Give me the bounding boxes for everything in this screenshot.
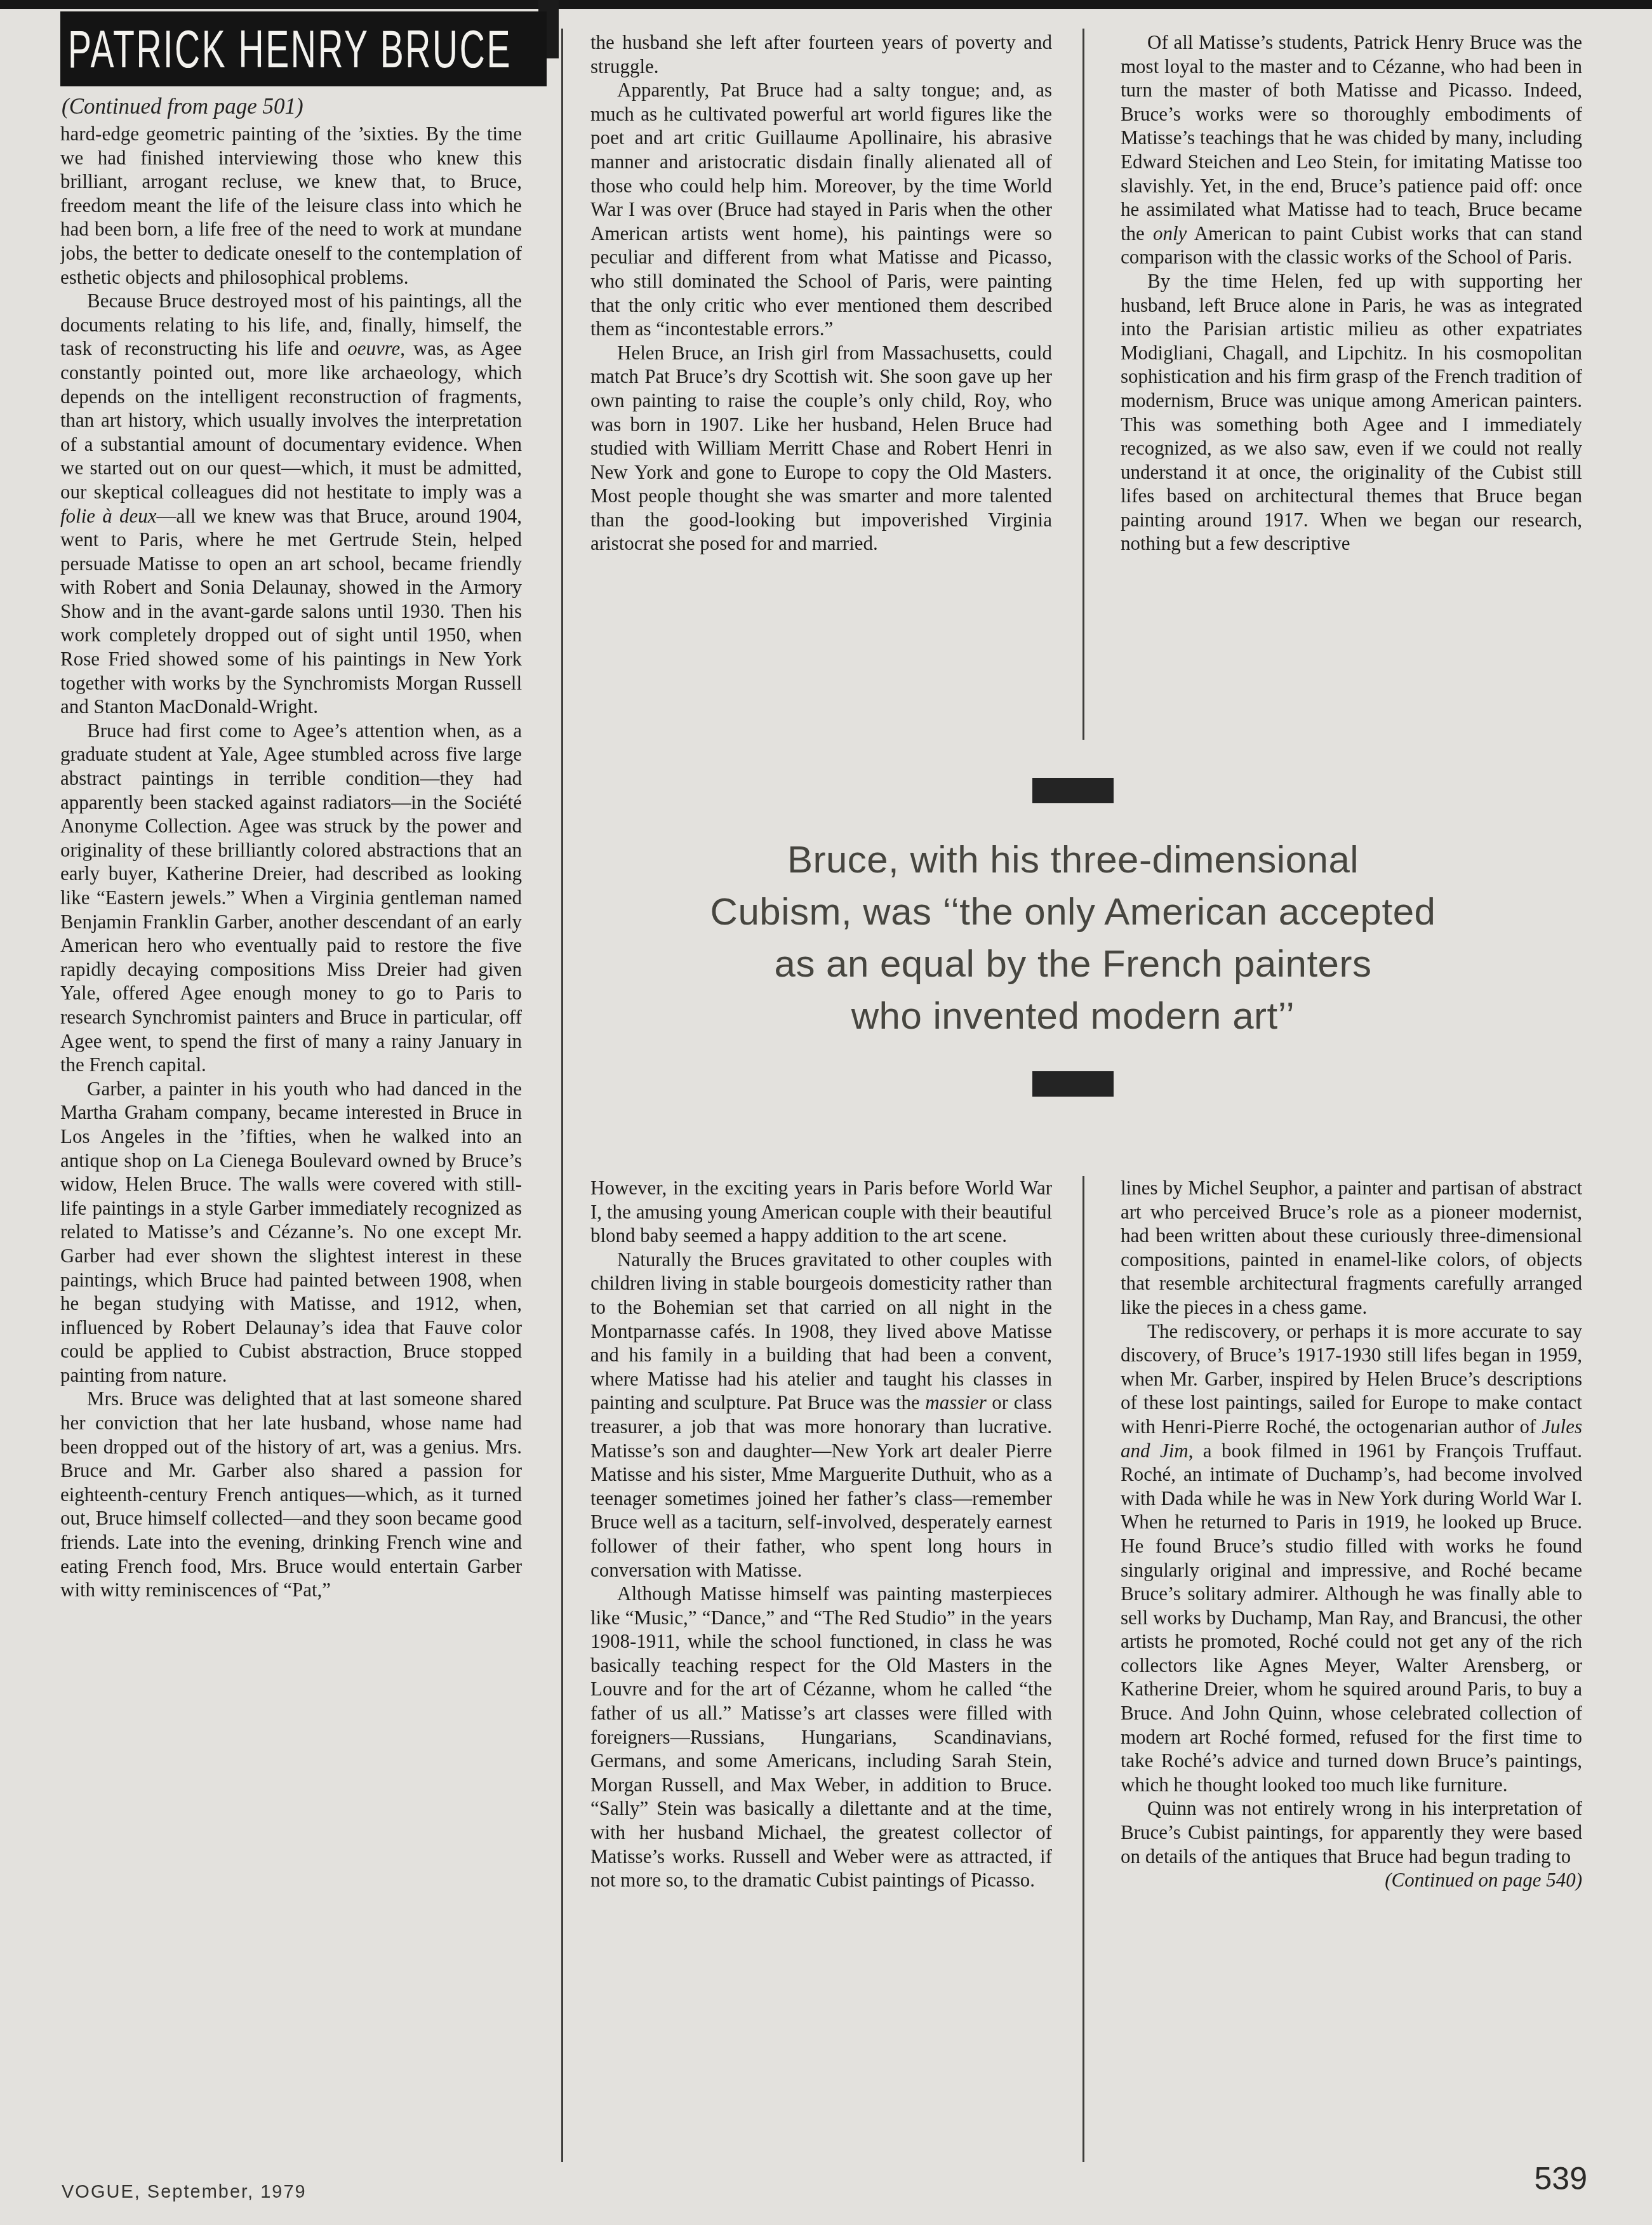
paragraph: Quinn was not entirely wrong in his inte… [1121, 1796, 1582, 1868]
paragraph: Mrs. Bruce was delighted that at last so… [60, 1387, 522, 1601]
magazine-page: PATRICK HENRY BRUCE (Continued from page… [0, 0, 1652, 2225]
paragraph: the husband she left after fourteen year… [590, 30, 1052, 78]
page-number: 539 [1473, 2160, 1587, 2197]
paragraph: The rediscovery, or perhaps it is more a… [1121, 1320, 1582, 1797]
paragraph: Garber, a painter in his youth who had d… [60, 1077, 522, 1387]
text-column-2-upper: the husband she left after fourteen year… [590, 30, 1052, 740]
pull-quote-block: Bruce, with his three-dimensionalCubism,… [575, 778, 1571, 1097]
italic-run: oeuvre [347, 337, 400, 359]
magazine-footer-credit: VOGUE, September, 1979 [62, 2182, 307, 2203]
column-divider-left [561, 29, 563, 2162]
column-divider-right-upper [1082, 29, 1084, 740]
pull-quote-line: who invented modern art’’ [575, 990, 1571, 1042]
pull-quote-line: Cubism, was ‘‘the only American accepted [575, 886, 1571, 938]
continued-from-note: (Continued from page 501) [62, 94, 303, 119]
text-column-2-lower: However, in the exciting years in Paris … [590, 1176, 1052, 2168]
article-title-banner: PATRICK HENRY BRUCE [60, 11, 547, 86]
pull-quote-text: Bruce, with his three-dimensionalCubism,… [575, 834, 1571, 1042]
italic-run: only [1153, 222, 1187, 244]
italic-run: folie à deux [60, 505, 156, 527]
italic-run: (Continued on page 540) [1385, 1869, 1582, 1891]
pull-quote-line: Bruce, with his three-dimensional [575, 834, 1571, 886]
column-divider-right-lower [1082, 1176, 1084, 2162]
paragraph: However, in the exciting years in Paris … [590, 1176, 1052, 1248]
paragraph: Apparently, Pat Bruce had a salty tongue… [590, 78, 1052, 341]
article-title: PATRICK HENRY BRUCE [60, 18, 512, 80]
paragraph: Because Bruce destroyed most of his pain… [60, 289, 522, 719]
italic-run: massier [925, 1391, 986, 1413]
paragraph: Naturally the Bruces gravitated to other… [590, 1248, 1052, 1582]
pull-quote-line: as an equal by the French painters [575, 938, 1571, 990]
paragraph: lines by Michel Seuphor, a painter and p… [1121, 1176, 1582, 1320]
pull-quote-bar-top [1032, 778, 1114, 803]
paragraph: Although Matisse himself was painting ma… [590, 1582, 1052, 1892]
paragraph: By the time Helen, fed up with supportin… [1121, 269, 1582, 556]
italic-run: Jules and Jim [1121, 1415, 1582, 1462]
paragraph: Helen Bruce, an Irish girl from Massachu… [590, 341, 1052, 556]
text-column-3-upper: Of all Matisse’s students, Patrick Henry… [1121, 30, 1582, 740]
pull-quote-bar-bottom [1032, 1071, 1114, 1097]
text-column-1: hard-edge geometric painting of the ’six… [60, 122, 522, 2165]
paragraph: (Continued on page 540) [1121, 1868, 1582, 1892]
paragraph: hard-edge geometric painting of the ’six… [60, 122, 522, 289]
paragraph: Bruce had first come to Agee’s attention… [60, 719, 522, 1077]
scan-edge-artifact-top [0, 0, 1652, 9]
paragraph: Of all Matisse’s students, Patrick Henry… [1121, 30, 1582, 269]
text-column-3-lower: lines by Michel Seuphor, a painter and p… [1121, 1176, 1582, 2168]
